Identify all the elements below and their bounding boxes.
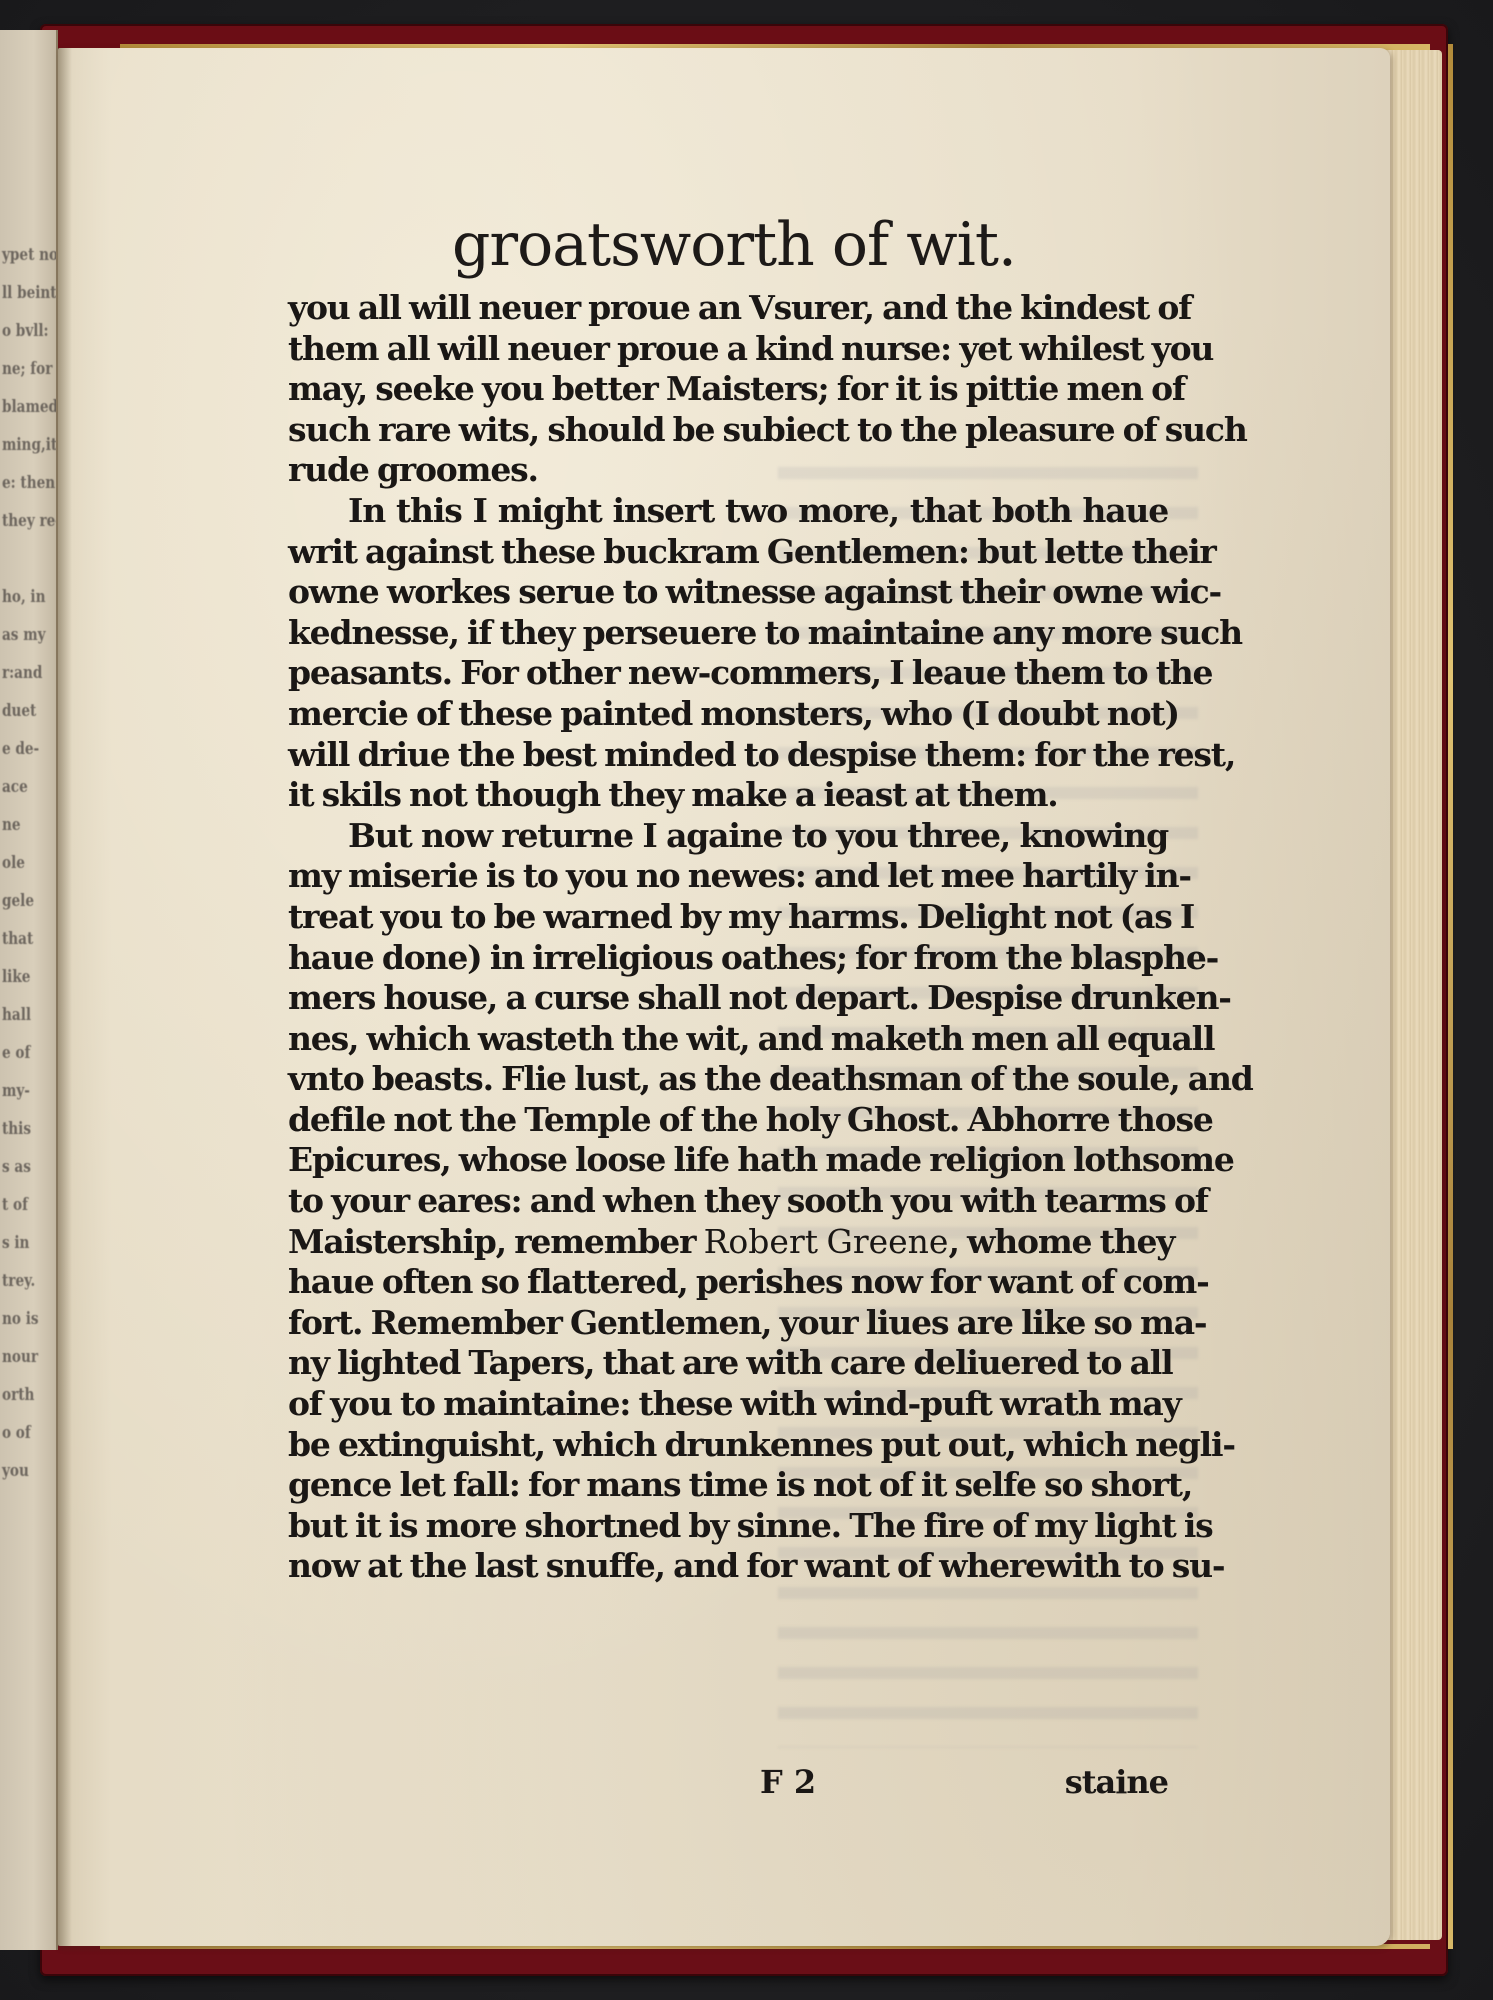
- verso-text-fragment: r:and: [2, 663, 42, 683]
- text-segment: , whome they: [948, 1222, 1174, 1261]
- text-line: defile not the Temple of the holy Ghost.…: [288, 1100, 1168, 1141]
- signature-mark: F 2: [760, 1763, 816, 1801]
- running-head: groatsworth of wit.: [452, 210, 1016, 280]
- verso-text-fragment: this: [2, 1119, 31, 1139]
- text-line: it skils not though they make a ieast at…: [288, 775, 1168, 816]
- book-scan: ypet notll beinto bvll:ne; forblamedming…: [0, 0, 1493, 2000]
- verso-text-fragment: o bvll:: [2, 321, 49, 341]
- text-line: of you to maintaine: these with wind-puf…: [288, 1384, 1168, 1425]
- text-line: Maistership, remember Robert Greene, who…: [288, 1222, 1168, 1263]
- text-line: gence let fall: for mans time is not of …: [288, 1465, 1168, 1506]
- verso-text-fragment: ne: [2, 815, 21, 835]
- verso-text-fragment: e de-: [2, 739, 39, 759]
- text-line: them all will neuer proue a kind nurse: …: [288, 329, 1168, 370]
- verso-text-fragment: t of: [2, 1195, 28, 1215]
- verso-text-fragment: ace: [2, 777, 28, 797]
- body-text: you all will neuer proue an Vsurer, and …: [288, 288, 1168, 1587]
- text-line: may, seeke you better Maisters; for it i…: [288, 369, 1168, 410]
- verso-text-fragment: ming,it: [2, 435, 57, 455]
- verso-text-fragment: o of: [2, 1423, 31, 1443]
- text-line: In this I might insert two more, that bo…: [288, 491, 1168, 532]
- gilt-rule-right: [1448, 44, 1453, 1949]
- text-line: peasants. For other new-commers, I leaue…: [288, 653, 1168, 694]
- text-line: be extinguisht, which drunkennes put out…: [288, 1425, 1168, 1466]
- text-line: but it is more shortned by sinne. The fi…: [288, 1506, 1168, 1547]
- verso-text-fragment: as my: [2, 625, 46, 645]
- verso-text-fragment: e: then: [2, 473, 55, 493]
- text-line: mers house, a curse shall not depart. De…: [288, 978, 1168, 1019]
- verso-text-fragment: duet: [2, 701, 36, 721]
- verso-text-fragment: blamed: [2, 397, 58, 417]
- text-line: mercie of these painted monsters, who (I…: [288, 694, 1168, 735]
- text-line: nes, which wasteth the wit, and maketh m…: [288, 1019, 1168, 1060]
- verso-text-fragment: ne; for: [2, 359, 52, 379]
- text-line: kednesse, if they perseuere to maintaine…: [288, 613, 1168, 654]
- text-line: But now returne I againe to you three, k…: [288, 816, 1168, 857]
- text-line: haue often so flattered, perishes now fo…: [288, 1262, 1168, 1303]
- verso-text-fragment: orth: [2, 1385, 34, 1405]
- text-line: owne workes serue to witnesse against th…: [288, 572, 1168, 613]
- verso-text-fragment: ypet not: [2, 245, 58, 265]
- verso-text-fragment: e of: [2, 1043, 30, 1063]
- text-line: to your eares: and when they sooth you w…: [288, 1181, 1168, 1222]
- verso-text-fragment: gele: [2, 891, 34, 911]
- text-line: now at the last snuffe, and for want of …: [288, 1546, 1168, 1587]
- text-line: will driue the best minded to despise th…: [288, 735, 1168, 776]
- text-line: vnto beasts. Flie lust, as the deathsman…: [288, 1059, 1168, 1100]
- text-line: writ against these buckram Gentlemen: bu…: [288, 532, 1168, 573]
- verso-text-fragment: nour: [2, 1347, 38, 1367]
- catchword: staine: [1065, 1763, 1168, 1801]
- gutter-shadow: [58, 48, 72, 1946]
- text-line: haue done) in irreligious oathes; for fr…: [288, 938, 1168, 979]
- verso-text-fragment: they re-: [2, 511, 58, 531]
- verso-text-fragment: like: [2, 967, 30, 987]
- recto-page: groatsworth of wit. you all will neuer p…: [58, 48, 1390, 1946]
- verso-text-fragment: ll beint: [2, 283, 57, 303]
- text-line: such rare wits, should be subiect to the…: [288, 410, 1168, 451]
- verso-text-fragment: hall: [2, 1005, 31, 1025]
- text-line: ny lighted Tapers, that are with care de…: [288, 1343, 1168, 1384]
- verso-text-fragment: you: [2, 1461, 29, 1481]
- text-segment: Maistership, remember: [288, 1222, 704, 1261]
- roman-name: Robert Greene: [704, 1222, 949, 1261]
- verso-text-fragment: that: [2, 929, 33, 949]
- verso-text-fragment: ho, in: [2, 587, 45, 607]
- verso-text-fragment: no is: [2, 1309, 39, 1329]
- page-block-edges: [1384, 50, 1442, 1940]
- text-line: fort. Remember Gentlemen, your liues are…: [288, 1303, 1168, 1344]
- verso-text-fragment: s in: [2, 1233, 29, 1253]
- verso-text-fragment: trey.: [2, 1271, 35, 1291]
- text-line: Epicures, whose loose life hath made rel…: [288, 1140, 1168, 1181]
- text-line: you all will neuer proue an Vsurer, and …: [288, 288, 1168, 329]
- verso-text-fragment: my-: [2, 1081, 30, 1101]
- text-line: rude groomes.: [288, 450, 1168, 491]
- verso-page-edge: ypet notll beinto bvll:ne; forblamedming…: [0, 30, 58, 1950]
- text-line: treat you to be warned by my harms. Deli…: [288, 897, 1168, 938]
- verso-text-fragment: ole: [2, 853, 25, 873]
- text-line: my miserie is to you no newes: and let m…: [288, 856, 1168, 897]
- page-footer: F 2 staine: [288, 1763, 1168, 1803]
- verso-text-fragment: s as: [2, 1157, 31, 1177]
